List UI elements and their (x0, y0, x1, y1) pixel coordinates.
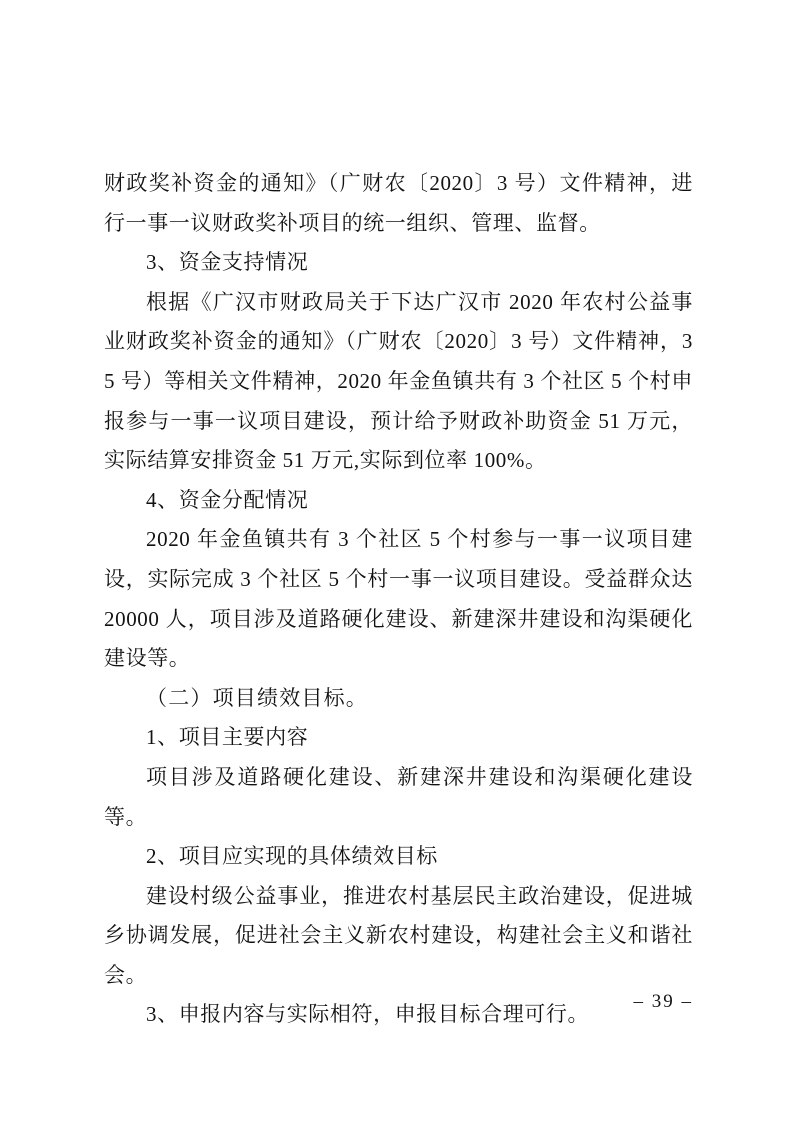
paragraph-2: 3、资金支持情况 (104, 243, 693, 283)
document-body: 财政奖补资金的通知》（广财农〔2020〕3 号）文件精神，进行一事一议财政奖补项… (104, 164, 693, 1035)
paragraph-8: 项目涉及道路硬化建设、新建深井建设和沟渠硬化建设等。 (104, 758, 693, 837)
paragraph-5: 2020 年金鱼镇共有 3 个社区 5 个村参与一事一议项目建设，实际完成 3 … (104, 520, 693, 678)
paragraph-3: 根据《广汉市财政局关于下达广汉市 2020 年农村公益事业财政奖补资金的通知》（… (104, 283, 693, 481)
paragraph-1: 财政奖补资金的通知》（广财农〔2020〕3 号）文件精神，进行一事一议财政奖补项… (104, 164, 693, 243)
paragraph-9: 2、项目应实现的具体绩效目标 (104, 837, 693, 877)
page-number: – 39 – (634, 991, 694, 1013)
paragraph-4: 4、资金分配情况 (104, 481, 693, 521)
paragraph-6: （二）项目绩效目标。 (104, 679, 693, 719)
document-page: 财政奖补资金的通知》（广财农〔2020〕3 号）文件精神，进行一事一议财政奖补项… (0, 0, 793, 1122)
paragraph-10: 建设村级公益事业，推进农村基层民主政治建设，促进城乡协调发展，促进社会主义新农村… (104, 877, 693, 996)
paragraph-11: 3、申报内容与实际相符，申报目标合理可行。 (104, 995, 693, 1035)
paragraph-7: 1、项目主要内容 (104, 718, 693, 758)
